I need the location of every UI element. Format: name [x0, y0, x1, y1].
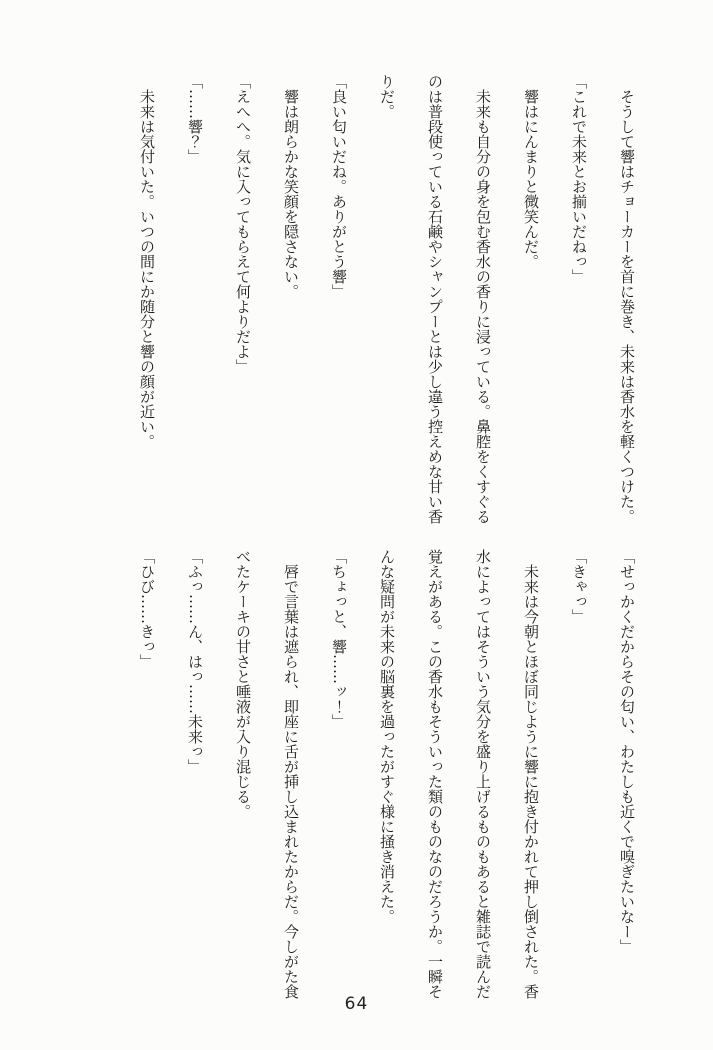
paragraph: 「きゃっ」	[555, 549, 603, 1007]
paragraph: 響は朗らかな笑顔を隠さない。	[267, 74, 315, 532]
paragraph: 未来は今朝とほぼ同じように響に抱き付かれて押し倒された。香水によってはそういう気…	[363, 549, 555, 1007]
paragraph: 未来は気付いた。いつの間にか随分と響の顔が近い。	[123, 74, 171, 532]
paragraph: 「良い匂いだね。ありがとう響」	[315, 74, 363, 532]
paragraph: 「せっかくだからその匂い、わたしも近くで嗅ぎたいなー」	[603, 549, 651, 1007]
paragraph: 「ふっ……ん、はっ……未来っ」	[171, 549, 219, 1007]
paragraph: そうして響はチョーカーを首に巻き、未来は香水を軽くつけた。	[603, 74, 651, 532]
paragraph: 「えへへ。気に入ってもらえて何よりだよ」	[219, 74, 267, 532]
paragraph: 響はにんまりと微笑んだ。	[507, 74, 555, 532]
paragraph: 「これで未来とお揃いだねっ」	[555, 74, 603, 532]
paragraph: 「……響？」	[171, 74, 219, 532]
paragraph: 「ちょっと、響……ッ！」	[315, 549, 363, 1007]
text-block-upper: そうして響はチョーカーを首に巻き、未来は香水を軽くつけた。「これで未来とお揃いだ…	[123, 74, 651, 532]
paragraph: 「ひび……きっ」	[123, 549, 171, 1007]
paragraph: 唇で言葉は遮られ、即座に舌が挿し込まれたからだ。今しがた食べたケーキの甘さと唾液…	[219, 549, 315, 1007]
paragraph: 未来も自分の身を包む香水の香りに浸っている。鼻腔をくすぐるのは普段使っている石鹸…	[363, 74, 507, 532]
text-block-lower: 「せっかくだからその匂い、わたしも近くで嗅ぎたいなー」「きゃっ」未来は今朝とほぼ…	[123, 549, 651, 1007]
page-number: 64	[0, 994, 713, 1014]
scanned-book-page: そうして響はチョーカーを首に巻き、未来は香水を軽くつけた。「これで未来とお揃いだ…	[0, 0, 713, 1050]
